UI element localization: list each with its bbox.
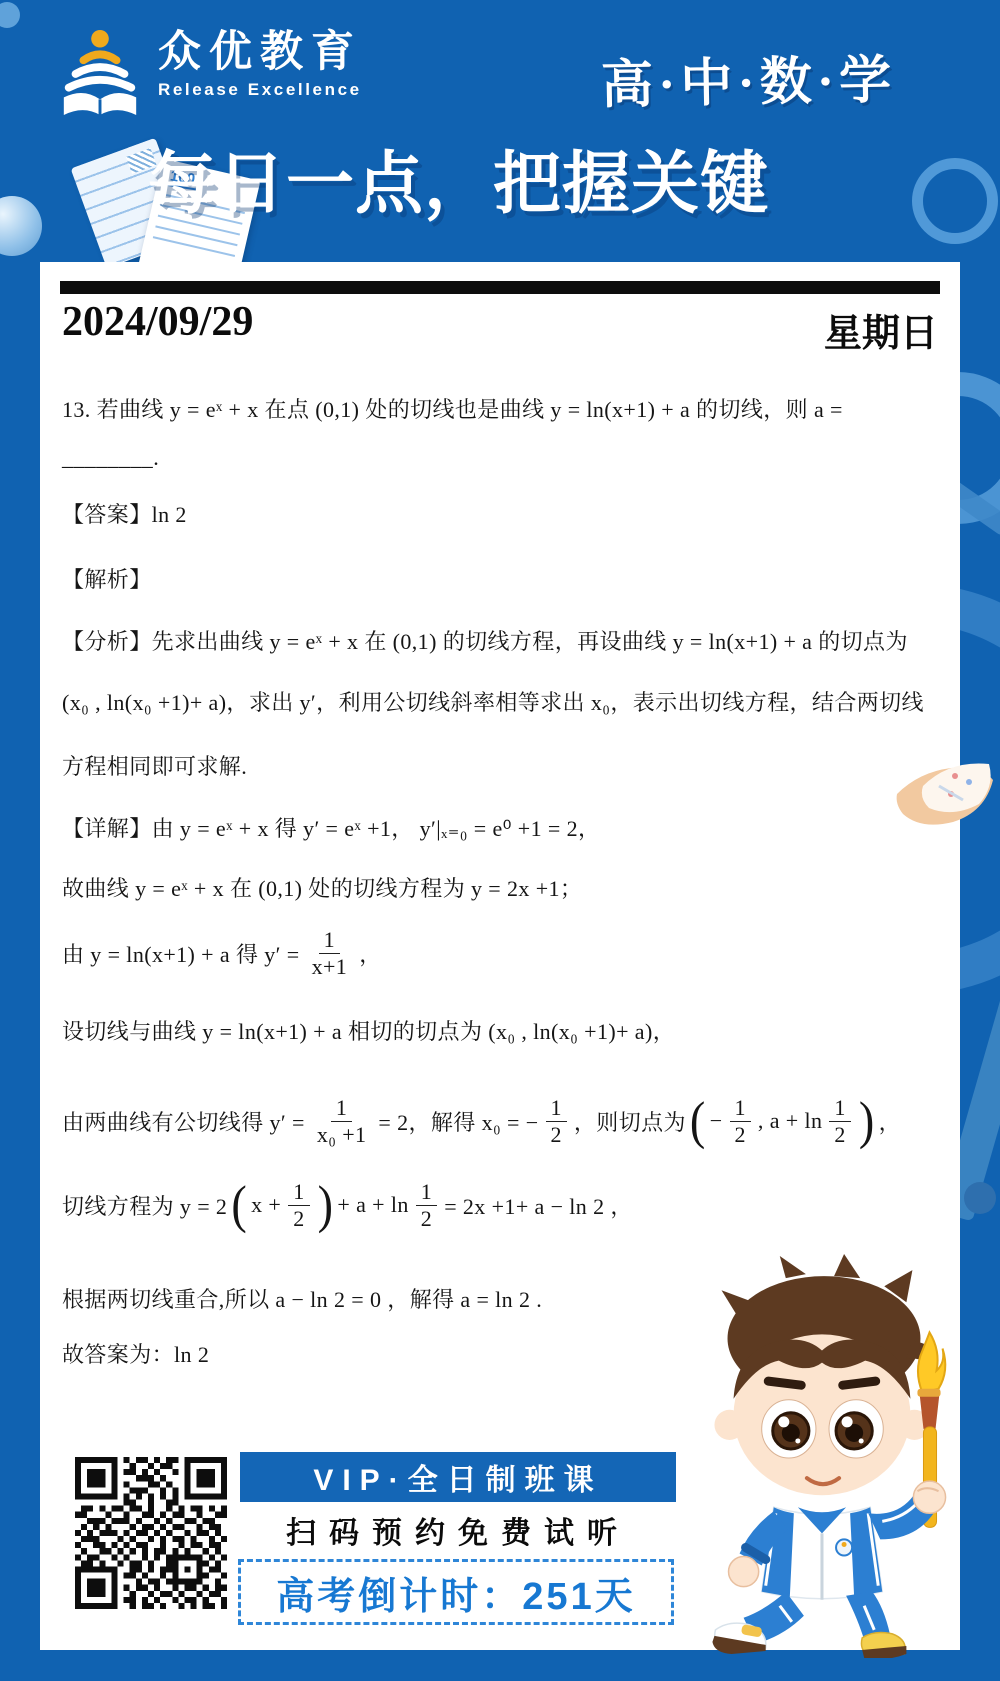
- countdown-box: 高考倒计时：251天: [238, 1559, 674, 1625]
- vip-banner: VIP·全日制班课: [240, 1452, 676, 1502]
- fraction: 1 x+1: [307, 927, 353, 979]
- math-segment: ，: [879, 1106, 901, 1137]
- open-paren: (: [231, 1178, 247, 1231]
- weekday-label: 星期日: [824, 302, 938, 357]
- analysis-line-2: (x₀ , ln(x₀ +1)+ a)，求出 y′，利用公切线斜率相等求出 x₀…: [62, 686, 938, 717]
- answer-line: 【答案】ln 2: [62, 498, 938, 529]
- mascot-illustration: [685, 1244, 967, 1658]
- open-paren: (: [690, 1094, 706, 1147]
- question-text: 13. 若曲线 y = eˣ + x 在点 (0,1) 处的切线也是曲线 y =…: [62, 393, 938, 424]
- date-label: 2024/09/29: [62, 298, 253, 346]
- math-segment: = 2x +1+ a − ln 2 ，: [444, 1190, 633, 1221]
- math-segment: ，: [359, 938, 381, 969]
- brand-name: 众优教育: [158, 26, 362, 80]
- vip-banner-label: VIP·全日制班课: [313, 1455, 602, 1499]
- worksheet-card: 2024/09/29 星期日 13. 若曲线 y = eˣ + x 在点 (0,…: [40, 262, 960, 1650]
- curled-paper-decoration: [893, 742, 997, 838]
- detail-line-1: 【详解】由 y = eˣ + x 得 y′ = eˣ +1， y′|ₓ₌₀ = …: [62, 812, 938, 843]
- math-segment: + a + ln: [337, 1192, 408, 1218]
- analysis-header: 【解析】: [62, 563, 938, 594]
- close-paren: ): [859, 1094, 875, 1147]
- subject-title: 高·中·数·学: [600, 37, 896, 117]
- math-segment: −: [710, 1108, 723, 1134]
- detail-line-5: 由两曲线有公切线得 y′ = 1 x₀ +1 = 2，解得 x₀ = − 1 2…: [62, 1084, 938, 1158]
- analysis-line-1: 【分析】先求出曲线 y = eˣ + x 在 (0,1) 的切线方程，再设曲线 …: [62, 625, 938, 656]
- brand-logo: 众优教育 Release Excellence: [56, 26, 362, 118]
- decor-dot: [0, 2, 20, 28]
- detail-line-3: 由 y = ln(x+1) + a 得 y′ = 1 x+1 ，: [62, 920, 938, 986]
- fraction: 1 2: [829, 1095, 850, 1147]
- decor-ring-top: [912, 158, 998, 244]
- fraction: 1 x₀ +1: [312, 1095, 372, 1147]
- scan-cta-text: 扫码预约免费试听: [240, 1508, 676, 1552]
- math-segment: ，则切点为: [574, 1106, 686, 1137]
- math-segment: 由 y = ln(x+1) + a 得 y′ =: [62, 938, 300, 969]
- main-slogan: 每日一点，把握关键: [148, 130, 769, 227]
- detail-line-4: 设切线与曲线 y = ln(x+1) + a 相切的切点为 (x₀ , ln(x…: [62, 1015, 938, 1046]
- book-logo-icon: [56, 26, 144, 118]
- detail-line-6: 切线方程为 y = 2 ( x + 1 2 ) + a + ln 1 2 = 2…: [62, 1170, 938, 1240]
- qr-code: [75, 1455, 227, 1611]
- poster: 众优教育 Release Excellence 高·中·数·学 100 每日一点…: [0, 0, 1000, 1681]
- brand-tagline: Release Excellence: [158, 80, 362, 100]
- countdown-label: 高考倒计时：251天: [276, 1565, 635, 1620]
- close-paren: ): [318, 1178, 334, 1231]
- fraction: 1 2: [416, 1179, 437, 1231]
- detail-line-2: 故曲线 y = eˣ + x 在 (0,1) 处的切线方程为 y = 2x +1…: [62, 872, 938, 903]
- decor-dot-right: [964, 1182, 996, 1214]
- sphere-decoration: [0, 196, 42, 256]
- divider-rule: [60, 281, 940, 294]
- answer-blank: ________.: [62, 445, 938, 471]
- math-segment: = 2，解得 x₀ = −: [378, 1106, 538, 1137]
- math-segment: , a + ln: [758, 1108, 822, 1134]
- fraction: 1 2: [546, 1095, 567, 1147]
- math-segment: x +: [251, 1192, 281, 1218]
- fraction: 1 2: [288, 1179, 309, 1231]
- math-segment: 由两曲线有公切线得 y′ =: [62, 1106, 305, 1137]
- fraction: 1 2: [730, 1095, 751, 1147]
- analysis-line-3: 方程相同即可求解.: [62, 750, 938, 781]
- math-segment: 切线方程为 y = 2: [62, 1190, 227, 1221]
